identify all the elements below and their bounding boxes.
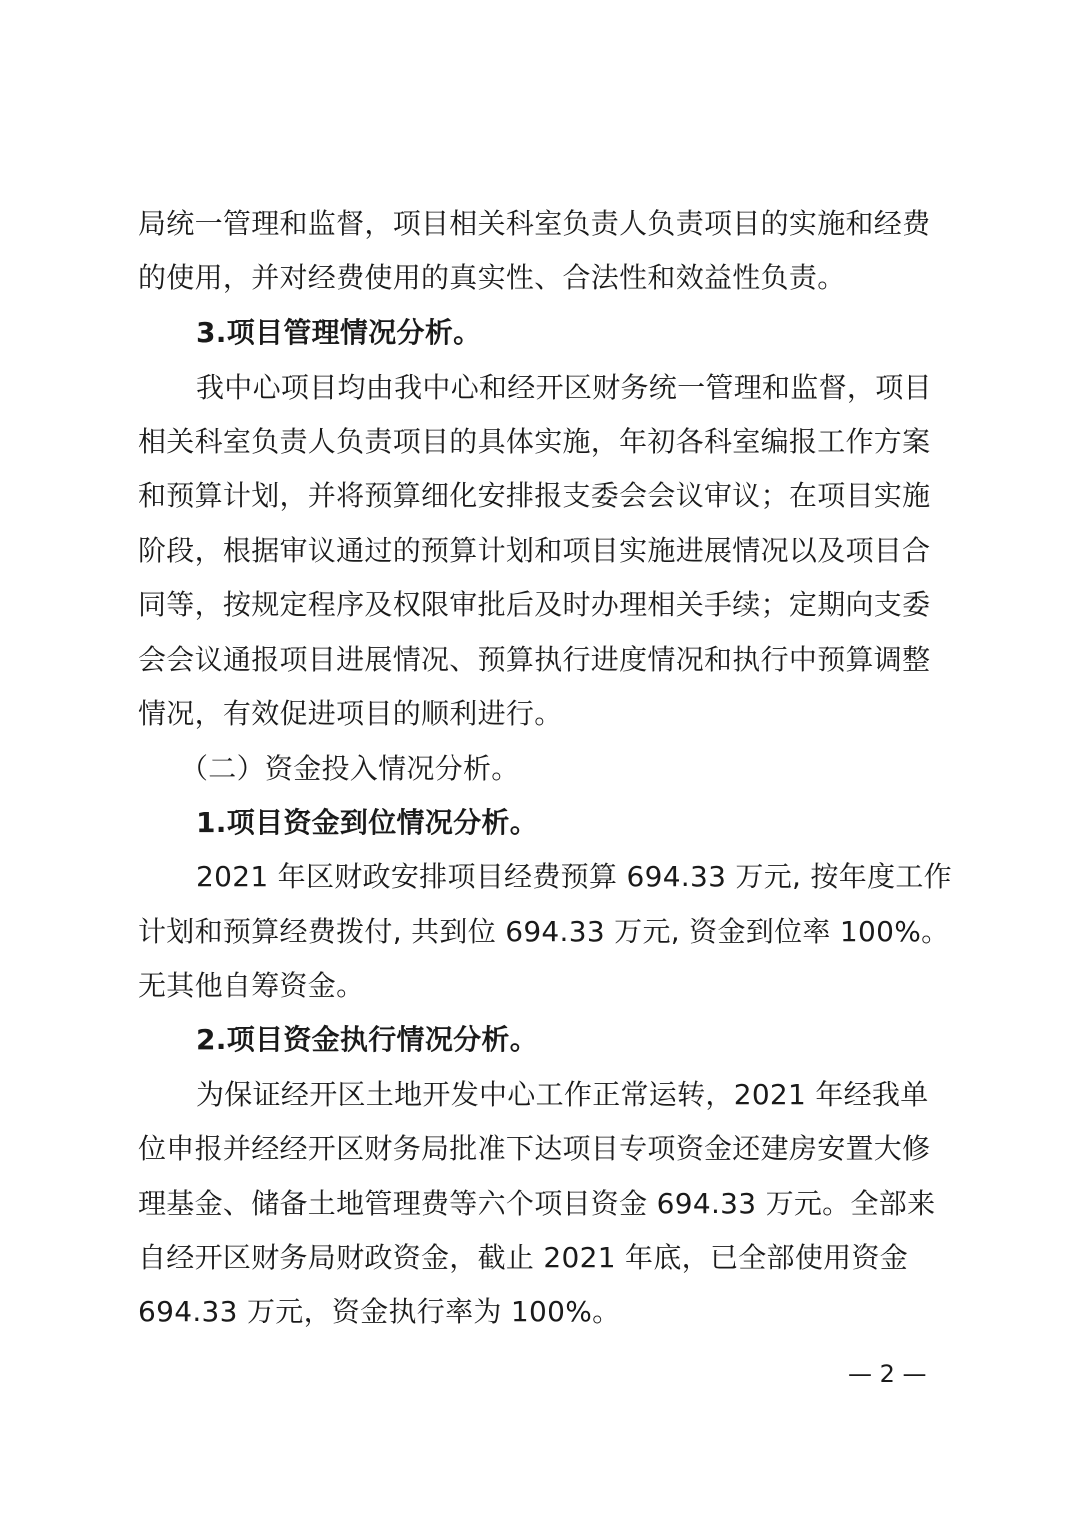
page-number: — 2 — [848,1359,948,1389]
body-line: 阶段，根据审议通过的预算计划和项目实施进展情况以及项目合 [138,531,938,571]
paragraph-start-line: 我中心项目均由我中心和经开区财务统一管理和监督，项目 [196,368,938,408]
body-line: 相关科室负责人负责项目的具体实施，年初各科室编报工作方案 [138,422,938,462]
document-page: 局统一管理和监督，项目相关科室负责人负责项目的实施和经费 的使用，并对经费使用的… [0,0,1074,1520]
paragraph-start-line: 为保证经开区土地开发中心工作正常运转，2021 年经我单 [196,1075,938,1115]
body-line: 和预算计划，并将预算细化安排报支委会会议审议；在项目实施 [138,476,938,516]
body-line: 局统一管理和监督，项目相关科室负责人负责项目的实施和经费 [138,204,938,244]
body-line: 同等，按规定程序及权限审批后及时办理相关手续；定期向支委 [138,585,938,625]
body-line: 计划和预算经费拨付, 共到位 694.33 万元, 资金到位率 100%。 [138,912,938,952]
section-heading: 1.项目资金到位情况分析。 [196,803,938,843]
section-heading: 3.项目管理情况分析。 [196,313,938,353]
body-line: 无其他自筹资金。 [138,966,938,1006]
body-line: 位申报并经经开区财务局批准下达项目专项资金还建房安置大修 [138,1129,938,1169]
subsection-heading: （二）资金投入情况分析。 [180,749,938,789]
paragraph-start-line: 2021 年区财政安排项目经费预算 694.33 万元, 按年度工作 [196,857,938,897]
body-line: 自经开区财务局财政资金，截止 2021 年底，已全部使用资金 [138,1238,938,1278]
section-heading: 2.项目资金执行情况分析。 [196,1020,938,1060]
body-line: 情况，有效促进项目的顺利进行。 [138,694,938,734]
body-line: 694.33 万元，资金执行率为 100%。 [138,1292,938,1332]
body-line: 会会议通报项目进展情况、预算执行进度情况和执行中预算调整 [138,640,938,680]
body-line: 理基金、储备土地管理费等六个项目资金 694.33 万元。全部来 [138,1184,938,1224]
body-line: 的使用，并对经费使用的真实性、合法性和效益性负责。 [138,258,938,298]
